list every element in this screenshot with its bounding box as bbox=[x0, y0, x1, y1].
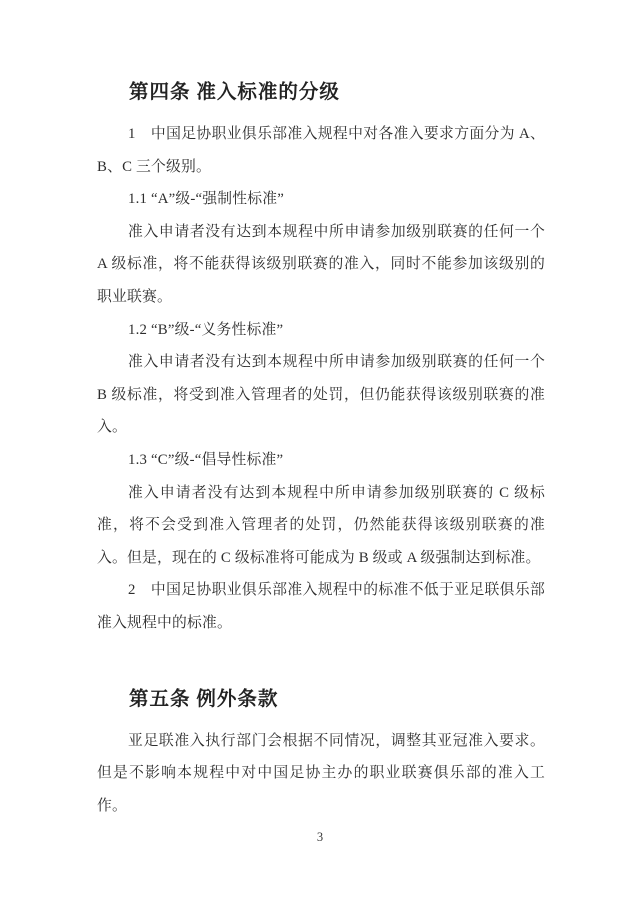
clause-1-1-heading: 1.1 “A”级-“强制性标准” bbox=[97, 183, 545, 216]
clause-1-3-heading: 1.3 “C”级-“倡导性标准” bbox=[97, 444, 545, 477]
document-content: 第四条 准入标准的分级 1 中国足协职业俱乐部准入规程中对各准入要求方面分为 A… bbox=[97, 79, 545, 822]
clause-1-2-body: 准入申请者没有达到本规程中所申请参加级别联赛的任何一个 B 级标准，将受到准入管… bbox=[97, 346, 545, 444]
paragraph-2: 2 中国足协职业俱乐部准入规程中的标准不低于亚足联俱乐部准入规程中的标准。 bbox=[97, 574, 545, 639]
article-5-body: 亚足联准入执行部门会根据不同情况，调整其亚冠准入要求。但是不影响本规程中对中国足… bbox=[97, 725, 545, 823]
article-4-heading: 第四条 准入标准的分级 bbox=[97, 79, 545, 107]
paragraph-1: 1 中国足协职业俱乐部准入规程中对各准入要求方面分为 A、B、C 三个级别。 bbox=[97, 118, 545, 183]
page-number: 3 bbox=[0, 830, 640, 845]
clause-1-1-body: 准入申请者没有达到本规程中所申请参加级别联赛的任何一个 A 级标准，将不能获得该… bbox=[97, 216, 545, 314]
article-5-heading: 第五条 例外条款 bbox=[97, 686, 545, 714]
document-page: 第四条 准入标准的分级 1 中国足协职业俱乐部准入规程中对各准入要求方面分为 A… bbox=[0, 0, 640, 905]
clause-1-3-body: 准入申请者没有达到本规程中所申请参加级别联赛的 C 级标准，将不会受到准入管理者… bbox=[97, 477, 545, 575]
clause-1-2-heading: 1.2 “B”级-“义务性标准” bbox=[97, 314, 545, 347]
